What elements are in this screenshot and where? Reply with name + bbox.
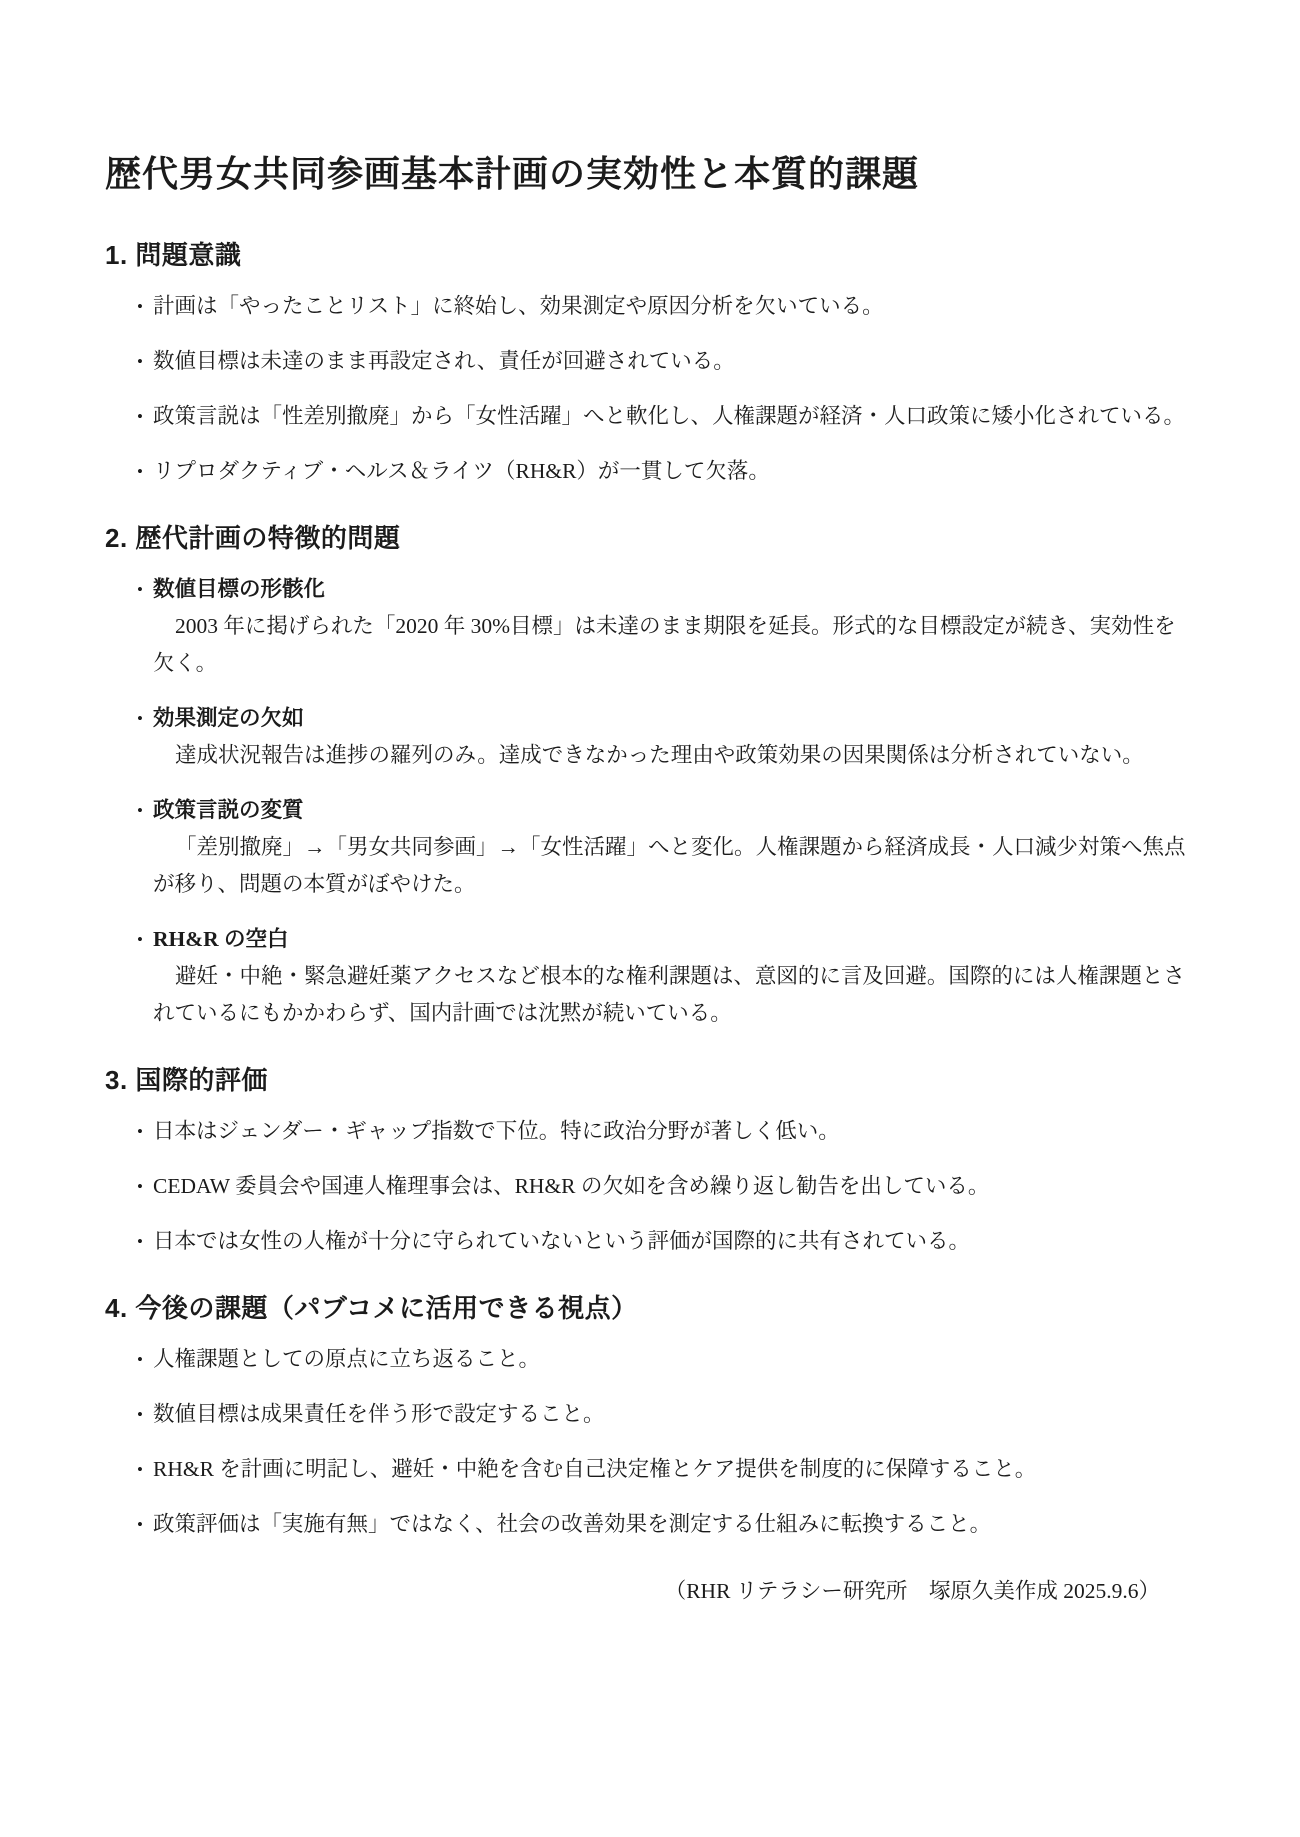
bullet-subtitle: RH&R の空白	[153, 921, 1195, 958]
bullet-text: CEDAW 委員会や国連人権理事会は、RH&R の欠如を含め繰り返し勧告を出して…	[153, 1174, 989, 1198]
section-4-heading: 4. 今後の課題（パブコメに活用できる視点）	[105, 1291, 1195, 1325]
bullet-body-text: 達成状況報告は進捗の羅列のみ。達成できなかった理由や政策効果の因果関係は分析され…	[153, 737, 1195, 774]
section-1-heading: 1. 問題意識	[105, 238, 1195, 272]
section-4-item-2: •数値目標は成果責任を伴う形で設定すること。	[137, 1396, 1195, 1433]
bullet-icon: •	[137, 1451, 143, 1488]
bullet-icon: •	[137, 398, 143, 435]
document-footer: （RHR リテラシー研究所 塚原久美作成 2025.9.6）	[105, 1573, 1195, 1610]
bullet-icon: •	[137, 343, 143, 380]
bullet-text: 政策評価は「実施有無」ではなく、社会の改善効果を測定する仕組みに転換すること。	[153, 1512, 991, 1536]
bullet-icon: •	[137, 700, 143, 737]
bullet-icon: •	[137, 921, 143, 958]
bullet-icon: •	[137, 453, 143, 490]
bullet-text: 日本では女性の人権が十分に守られていないという評価が国際的に共有されている。	[153, 1229, 970, 1253]
section-3-item-2: •CEDAW 委員会や国連人権理事会は、RH&R の欠如を含め繰り返し勧告を出し…	[137, 1168, 1195, 1205]
bullet-subtitle: 効果測定の欠如	[153, 700, 1195, 737]
bullet-icon: •	[137, 1341, 143, 1378]
section-2-list: •数値目標の形骸化2003 年に掲げられた「2020 年 30%目標」は未達のま…	[105, 571, 1195, 1032]
bullet-icon: •	[137, 1396, 143, 1433]
page-title: 歴代男女共同参画基本計画の実効性と本質的課題	[105, 152, 1195, 196]
section-2-heading: 2. 歴代計画の特徴的問題	[105, 521, 1195, 555]
section-3-item-3: •日本では女性の人権が十分に守られていないという評価が国際的に共有されている。	[137, 1223, 1195, 1260]
bullet-text: 政策言説は「性差別撤廃」から「女性活躍」へと軟化し、人権課題が経済・人口政策に矮…	[153, 404, 1185, 428]
bullet-text: リプロダクティブ・ヘルス＆ライツ（RH&R）が一貫して欠落。	[153, 459, 770, 483]
bullet-icon: •	[137, 792, 143, 829]
section-3-heading: 3. 国際的評価	[105, 1063, 1195, 1097]
document-sections: 1. 問題意識•計画は「やったことリスト」に終始し、効果測定や原因分析を欠いてい…	[105, 238, 1195, 1543]
section-1-item-4: •リプロダクティブ・ヘルス＆ライツ（RH&R）が一貫して欠落。	[137, 453, 1195, 490]
bullet-subtitle: 数値目標の形骸化	[153, 571, 1195, 608]
bullet-text: 数値目標は成果責任を伴う形で設定すること。	[153, 1402, 605, 1426]
section-3-item-1: •日本はジェンダー・ギャップ指数で下位。特に政治分野が著しく低い。	[137, 1113, 1195, 1150]
bullet-icon: •	[137, 1113, 143, 1150]
section-4-list: •人権課題としての原点に立ち返ること。•数値目標は成果責任を伴う形で設定すること…	[105, 1341, 1195, 1543]
bullet-text: RH&R を計画に明記し、避妊・中絶を含む自己決定権とケア提供を制度的に保障する…	[153, 1457, 1036, 1481]
section-1-item-1: •計画は「やったことリスト」に終始し、効果測定や原因分析を欠いている。	[137, 288, 1195, 325]
bullet-icon: •	[137, 288, 143, 325]
bullet-body-text: 「差別撤廃」→「男女共同参画」→「女性活躍」へと変化。人権課題から経済成長・人口…	[153, 829, 1195, 903]
section-1-item-3: •政策言説は「性差別撤廃」から「女性活躍」へと軟化し、人権課題が経済・人口政策に…	[137, 398, 1195, 435]
bullet-text: 人権課題としての原点に立ち返ること。	[153, 1347, 540, 1371]
section-3-list: •日本はジェンダー・ギャップ指数で下位。特に政治分野が著しく低い。•CEDAW …	[105, 1113, 1195, 1260]
section-2-item-2: •効果測定の欠如達成状況報告は進捗の羅列のみ。達成できなかった理由や政策効果の因…	[137, 700, 1195, 774]
bullet-icon: •	[137, 1506, 143, 1543]
bullet-body-text: 避妊・中絶・緊急避妊薬アクセスなど根本的な権利課題は、意図的に言及回避。国際的に…	[153, 958, 1195, 1032]
bullet-icon: •	[137, 1223, 143, 1260]
section-1-item-2: •数値目標は未達のまま再設定され、責任が回避されている。	[137, 343, 1195, 380]
bullet-subtitle: 政策言説の変質	[153, 792, 1195, 829]
bullet-text: 計画は「やったことリスト」に終始し、効果測定や原因分析を欠いている。	[153, 294, 884, 318]
bullet-text: 日本はジェンダー・ギャップ指数で下位。特に政治分野が著しく低い。	[153, 1119, 840, 1143]
section-2-item-1: •数値目標の形骸化2003 年に掲げられた「2020 年 30%目標」は未達のま…	[137, 571, 1195, 682]
section-2-item-3: •政策言説の変質「差別撤廃」→「男女共同参画」→「女性活躍」へと変化。人権課題か…	[137, 792, 1195, 903]
section-4-item-4: •政策評価は「実施有無」ではなく、社会の改善効果を測定する仕組みに転換すること。	[137, 1506, 1195, 1543]
document-page: 歴代男女共同参画基本計画の実効性と本質的課題 1. 問題意識•計画は「やったこと…	[0, 0, 1300, 1837]
section-4-item-3: •RH&R を計画に明記し、避妊・中絶を含む自己決定権とケア提供を制度的に保障す…	[137, 1451, 1195, 1488]
bullet-icon: •	[137, 1168, 143, 1205]
bullet-body-text: 2003 年に掲げられた「2020 年 30%目標」は未達のまま期限を延長。形式…	[153, 608, 1195, 682]
section-4-item-1: •人権課題としての原点に立ち返ること。	[137, 1341, 1195, 1378]
section-2-item-4: •RH&R の空白避妊・中絶・緊急避妊薬アクセスなど根本的な権利課題は、意図的に…	[137, 921, 1195, 1032]
section-1-list: •計画は「やったことリスト」に終始し、効果測定や原因分析を欠いている。•数値目標…	[105, 288, 1195, 490]
bullet-icon: •	[137, 571, 143, 608]
bullet-text: 数値目標は未達のまま再設定され、責任が回避されている。	[153, 349, 735, 373]
